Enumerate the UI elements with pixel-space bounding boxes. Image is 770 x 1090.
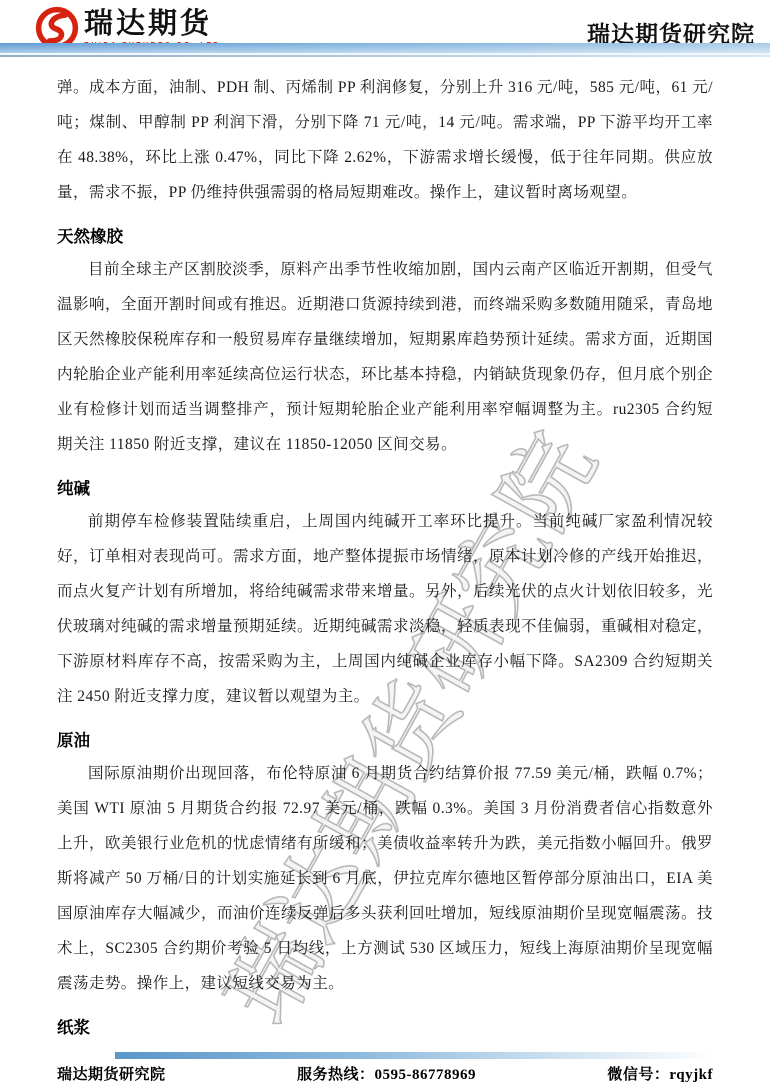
footer-wechat-label: 微信号： (607, 1067, 669, 1083)
section-heading-crude-oil: 原油 (57, 727, 713, 756)
section-heading-pulp: 纸浆 (57, 1014, 713, 1043)
report-body: 弹。成本方面，油制、PDH 制、丙烯制 PP 利润修复，分别上升 316 元/吨… (57, 0, 713, 1043)
section-heading-soda-ash: 纯碱 (57, 475, 713, 504)
report-page: 瑞达期货 RUIDA FUTURES CO.,LTD. 瑞达期货研究院 瑞达期货… (0, 0, 770, 1090)
footer-institute: 瑞达期货研究院 (57, 1063, 166, 1084)
footer-hotline-number: 0595-86778969 (374, 1067, 476, 1083)
paragraph-natural-rubber: 目前全球主产区割胶淡季，原料产出季节性收缩加剧，国内云南产区临近开割期，但受气温… (57, 252, 713, 462)
footer-wechat-id: rqyjkf (669, 1067, 713, 1083)
page-footer: 瑞达期货研究院 服务热线：0595-86778969 微信号：rqyjkf (57, 1063, 713, 1084)
footer-divider-bar (115, 1052, 715, 1059)
footer-hotline-label: 服务热线： (297, 1067, 375, 1083)
paragraph-soda-ash: 前期停车检修装置陆续重启，上周国内纯碱开工率环比提升。当前纯碱厂家盈利情况较好，… (57, 504, 713, 714)
paragraph-crude-oil: 国际原油期价出现回落，布伦特原油 6 月期货合约结算价报 77.59 美元/桶，… (57, 756, 713, 1001)
footer-hotline: 服务热线：0595-86778969 (297, 1063, 476, 1084)
section-heading-natural-rubber: 天然橡胶 (57, 223, 713, 252)
paragraph-pp-continued: 弹。成本方面，油制、PDH 制、丙烯制 PP 利润修复，分别上升 316 元/吨… (57, 70, 713, 210)
footer-wechat: 微信号：rqyjkf (607, 1063, 713, 1084)
